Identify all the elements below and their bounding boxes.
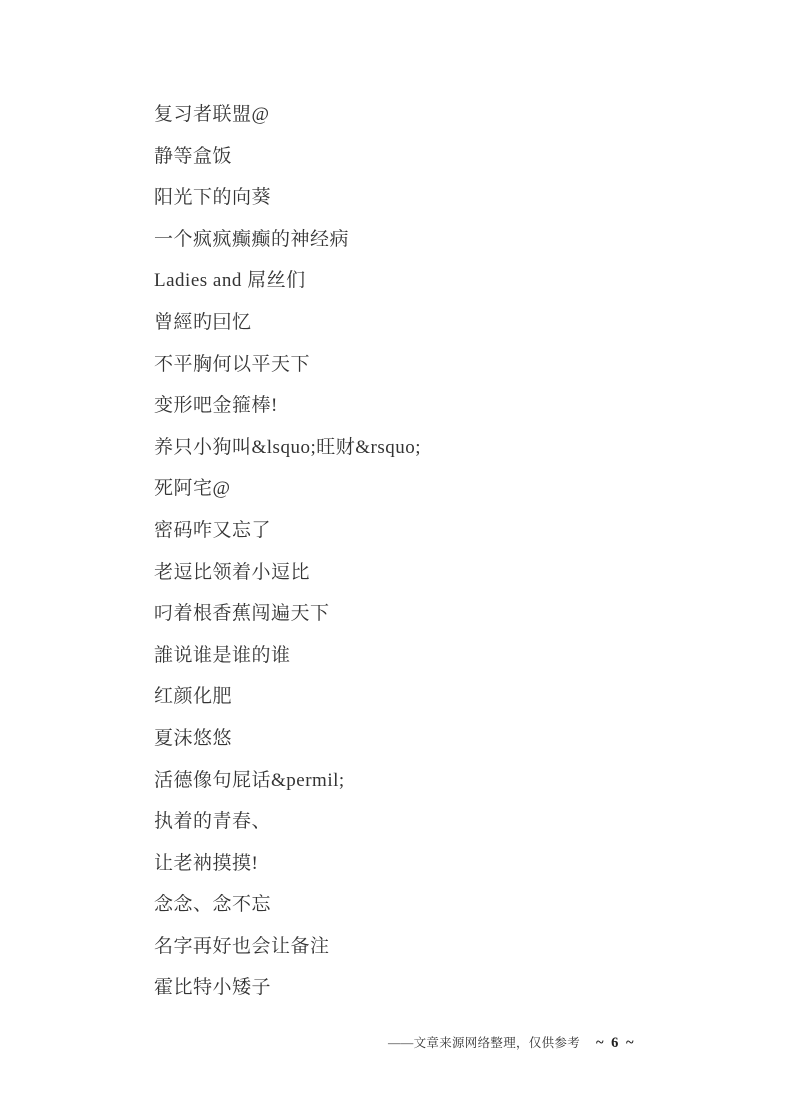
nickname-line: 曾經旳囙忆 [154,302,714,344]
nickname-line: 执着的青春、 [154,801,714,843]
nickname-line: 誰说谁是谁的谁 [154,635,714,677]
nickname-line: 活德像句屁话&permil; [154,760,714,802]
nickname-line: 不平胸何以平天下 [154,344,714,386]
nickname-line: 夏沫悠悠 [154,718,714,760]
nickname-line: 老逗比领着小逗比 [154,552,714,594]
nickname-line: 叼着根香蕉闯遍天下 [154,593,714,635]
nickname-line: 让老衲摸摸! [154,843,714,885]
footer-source-text: ——文章来源网络整理，仅供参考 [388,1033,580,1051]
footer-page-number: ~ 6 ~ [596,1035,636,1052]
nickname-line: 复习者联盟@ [154,94,714,136]
nickname-line: 密码咋又忘了 [154,510,714,552]
document-page: 复习者联盟@ 静等盒饭 阳光下的向葵 一个疯疯癫癫的神经病 Ladies and… [0,0,792,1120]
nickname-line: 一个疯疯癫癫的神经病 [154,219,714,261]
nickname-line: Ladies and 屌丝们 [154,260,714,302]
page-footer: ——文章来源网络整理，仅供参考 ~ 6 ~ [388,1033,636,1052]
nickname-line: 念念、念不忘 [154,884,714,926]
nickname-line: 静等盒饭 [154,136,714,178]
nickname-line: 名字再好也会让备注 [154,926,714,968]
nickname-line: 霍比特小矮子 [154,967,714,1009]
nickname-line: 变形吧金箍棒! [154,385,714,427]
nickname-line: 红颜化肥 [154,676,714,718]
nickname-line: 死阿宅@ [154,468,714,510]
nickname-line: 阳光下的向葵 [154,177,714,219]
nickname-line: 养只小狗叫&lsquo;旺财&rsquo; [154,427,714,469]
nickname-list: 复习者联盟@ 静等盒饭 阳光下的向葵 一个疯疯癫癫的神经病 Ladies and… [154,94,714,1009]
